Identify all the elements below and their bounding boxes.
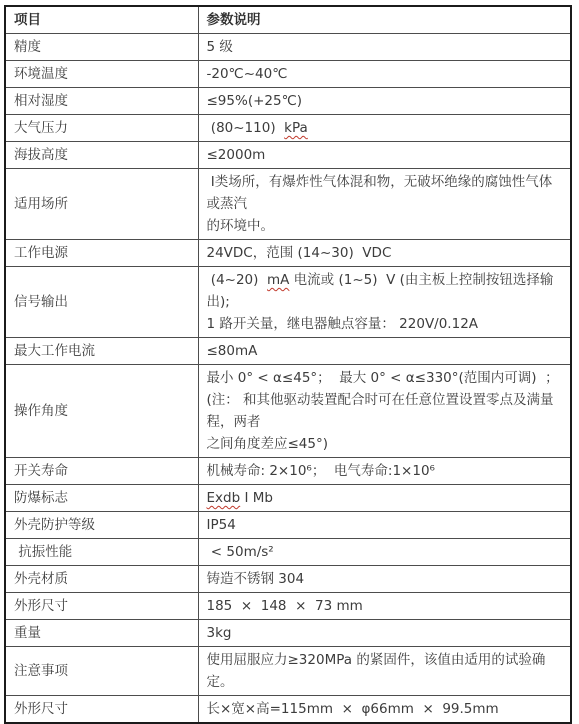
- item-cell: 适用场所: [5, 169, 198, 240]
- table-row-max-working-current: 最大工作电流 ≤80mA: [5, 338, 571, 365]
- item-cell: 外形尺寸: [5, 593, 198, 620]
- item-label: 重量: [14, 622, 190, 644]
- item-cell: 信号输出: [5, 267, 198, 338]
- value-line: IP54: [207, 514, 563, 536]
- item-label: 外壳防护等级: [14, 514, 190, 536]
- item-label: 环境温度: [14, 63, 190, 85]
- table-row-applicable-locations: 适用场所 Ⅰ类场所，有爆炸性气体混和物，无破坏绝缘的腐蚀性气体或蒸汽 的环境中。: [5, 169, 571, 240]
- item-cell: 注意事项: [5, 647, 198, 696]
- misspelled-word: mA: [267, 272, 289, 288]
- item-cell: 工作电源: [5, 240, 198, 267]
- column-header-desc-label: 参数说明: [207, 9, 563, 31]
- item-cell: 环境温度: [5, 61, 198, 88]
- value-text: Ⅰ Mb: [240, 490, 273, 506]
- item-label: 外壳材质: [14, 568, 190, 590]
- table-row-enclosure-material: 外壳材质 铸造不锈钢 304: [5, 566, 571, 593]
- table-row-enclosure-protection-rating: 外壳防护等级 IP54: [5, 512, 571, 539]
- value-line: Ⅰ类场所，有爆炸性气体混和物，无破坏绝缘的腐蚀性气体或蒸汽: [207, 171, 563, 215]
- value-line: (80~110) kPa: [207, 117, 563, 139]
- value-line: 的环境中。: [207, 215, 563, 237]
- value-line: ≤2000m: [207, 144, 563, 166]
- item-label: 外形尺寸: [14, 698, 190, 720]
- value-cell: 3kg: [198, 620, 571, 647]
- value-cell: 使用屈服应力≥320MPa 的紧固件，该值由适用的试验确定。: [198, 647, 571, 696]
- item-label: 最大工作电流: [14, 340, 190, 362]
- item-label: 工作电源: [14, 242, 190, 264]
- misspelled-word: Exdb: [207, 490, 241, 506]
- table-row-relative-humidity: 相对湿度 ≤95%(+25℃): [5, 88, 571, 115]
- value-cell: 24VDC，范围 (14~30) VDC: [198, 240, 571, 267]
- table-row-precautions: 注意事项 使用屈服应力≥320MPa 的紧固件，该值由适用的试验确定。: [5, 647, 571, 696]
- value-cell: -20℃~40℃: [198, 61, 571, 88]
- value-cell: (80~110) kPa: [198, 115, 571, 142]
- item-cell: 外形尺寸: [5, 696, 198, 724]
- value-cell: 185 × 148 × 73 mm: [198, 593, 571, 620]
- header-row: 项目 参数说明: [5, 6, 571, 34]
- item-cell: 重量: [5, 620, 198, 647]
- item-cell: 抗振性能: [5, 539, 198, 566]
- value-cell: 5 级: [198, 34, 571, 61]
- value-cell: < 50m/s²: [198, 539, 571, 566]
- item-label: 海拔高度: [14, 144, 190, 166]
- column-header-item: 项目: [5, 6, 198, 34]
- item-cell: 最大工作电流: [5, 338, 198, 365]
- value-line: -20℃~40℃: [207, 63, 563, 85]
- item-label: 操作角度: [14, 400, 190, 422]
- table-row-accuracy: 精度 5 级: [5, 34, 571, 61]
- table-row-ambient-temperature: 环境温度 -20℃~40℃: [5, 61, 571, 88]
- item-cell: 外壳防护等级: [5, 512, 198, 539]
- value-cell: Ⅰ类场所，有爆炸性气体混和物，无破坏绝缘的腐蚀性气体或蒸汽 的环境中。: [198, 169, 571, 240]
- table-row-explosion-proof-mark: 防爆标志 Exdb Ⅰ Mb: [5, 485, 571, 512]
- value-cell: Exdb Ⅰ Mb: [198, 485, 571, 512]
- value-cell: ≤80mA: [198, 338, 571, 365]
- value-cell: 长×宽×高=115mm × φ66mm × 99.5mm: [198, 696, 571, 724]
- value-line: ≤95%(+25℃): [207, 90, 563, 112]
- value-line: 24VDC，范围 (14~30) VDC: [207, 242, 563, 264]
- value-line: 长×宽×高=115mm × φ66mm × 99.5mm: [207, 698, 563, 720]
- value-text: (4~20): [207, 272, 268, 288]
- value-cell: 机械寿命: 2×10⁶； 电气寿命:1×10⁶: [198, 458, 571, 485]
- item-label: 防爆标志: [14, 487, 190, 509]
- item-label: 精度: [14, 36, 190, 58]
- table-row-switch-life: 开关寿命 机械寿命: 2×10⁶； 电气寿命:1×10⁶: [5, 458, 571, 485]
- item-label: 信号输出: [14, 291, 190, 313]
- item-label: 注意事项: [14, 660, 190, 682]
- spec-table: 项目 参数说明 精度 5 级 环境温度 -20℃~40℃ 相对湿度 ≤95%(+…: [4, 5, 572, 724]
- value-line: (注： 和其他驱动装置配合时可在任意位置设置零点及满量程，两者: [207, 389, 563, 433]
- table-row-operating-angle: 操作角度 最小 0° < α≤45°； 最大 0° < α≤330°(范围内可调…: [5, 365, 571, 458]
- item-cell: 开关寿命: [5, 458, 198, 485]
- item-cell: 精度: [5, 34, 198, 61]
- value-line: ≤80mA: [207, 340, 563, 362]
- value-line: 1 路开关量，继电器触点容量： 220V/0.12A: [207, 313, 563, 335]
- value-cell: ≤95%(+25℃): [198, 88, 571, 115]
- item-label: 大气压力: [14, 117, 190, 139]
- item-label: 相对湿度: [14, 90, 190, 112]
- item-label: 适用场所: [14, 193, 190, 215]
- document-page: 项目 参数说明 精度 5 级 环境温度 -20℃~40℃ 相对湿度 ≤95%(+…: [0, 0, 579, 656]
- table-row-weight: 重量 3kg: [5, 620, 571, 647]
- value-line: Exdb Ⅰ Mb: [207, 487, 563, 509]
- item-label: 开关寿命: [14, 460, 190, 482]
- item-cell: 海拔高度: [5, 142, 198, 169]
- item-cell: 操作角度: [5, 365, 198, 458]
- value-line: 机械寿命: 2×10⁶； 电气寿命:1×10⁶: [207, 460, 563, 482]
- misspelled-word: kPa: [284, 120, 308, 136]
- value-line: 3kg: [207, 622, 563, 644]
- value-line: < 50m/s²: [207, 541, 563, 563]
- table-row-altitude: 海拔高度 ≤2000m: [5, 142, 571, 169]
- table-row-working-power: 工作电源 24VDC，范围 (14~30) VDC: [5, 240, 571, 267]
- item-cell: 相对湿度: [5, 88, 198, 115]
- value-line: 铸造不锈钢 304: [207, 568, 563, 590]
- item-label: 抗振性能: [14, 541, 190, 563]
- item-cell: 外壳材质: [5, 566, 198, 593]
- table-row-vibration-resistance: 抗振性能 < 50m/s²: [5, 539, 571, 566]
- value-cell: (4~20) mA 电流或 (1~5) V (由主板上控制按钮选择输出); 1 …: [198, 267, 571, 338]
- column-header-desc: 参数说明: [198, 6, 571, 34]
- item-cell: 防爆标志: [5, 485, 198, 512]
- value-line: 之间角度差应≤45°): [207, 433, 563, 455]
- item-label: 外形尺寸: [14, 595, 190, 617]
- table-row-signal-output: 信号输出 (4~20) mA 电流或 (1~5) V (由主板上控制按钮选择输出…: [5, 267, 571, 338]
- value-cell: 铸造不锈钢 304: [198, 566, 571, 593]
- value-line: (4~20) mA 电流或 (1~5) V (由主板上控制按钮选择输出);: [207, 269, 563, 313]
- value-cell: ≤2000m: [198, 142, 571, 169]
- value-line: 最小 0° < α≤45°； 最大 0° < α≤330°(范围内可调) ；: [207, 367, 563, 389]
- value-line: 5 级: [207, 36, 563, 58]
- value-text: (80~110): [207, 120, 285, 136]
- item-cell: 大气压力: [5, 115, 198, 142]
- value-line: 185 × 148 × 73 mm: [207, 595, 563, 617]
- value-cell: IP54: [198, 512, 571, 539]
- column-header-item-label: 项目: [14, 9, 190, 31]
- value-cell: 最小 0° < α≤45°； 最大 0° < α≤330°(范围内可调) ； (…: [198, 365, 571, 458]
- table-row-overall-dimensions: 外形尺寸 185 × 148 × 73 mm: [5, 593, 571, 620]
- table-row-atmospheric-pressure: 大气压力 (80~110) kPa: [5, 115, 571, 142]
- table-row-overall-dimensions-2: 外形尺寸 长×宽×高=115mm × φ66mm × 99.5mm: [5, 696, 571, 724]
- value-line: 使用屈服应力≥320MPa 的紧固件，该值由适用的试验确定。: [207, 649, 563, 693]
